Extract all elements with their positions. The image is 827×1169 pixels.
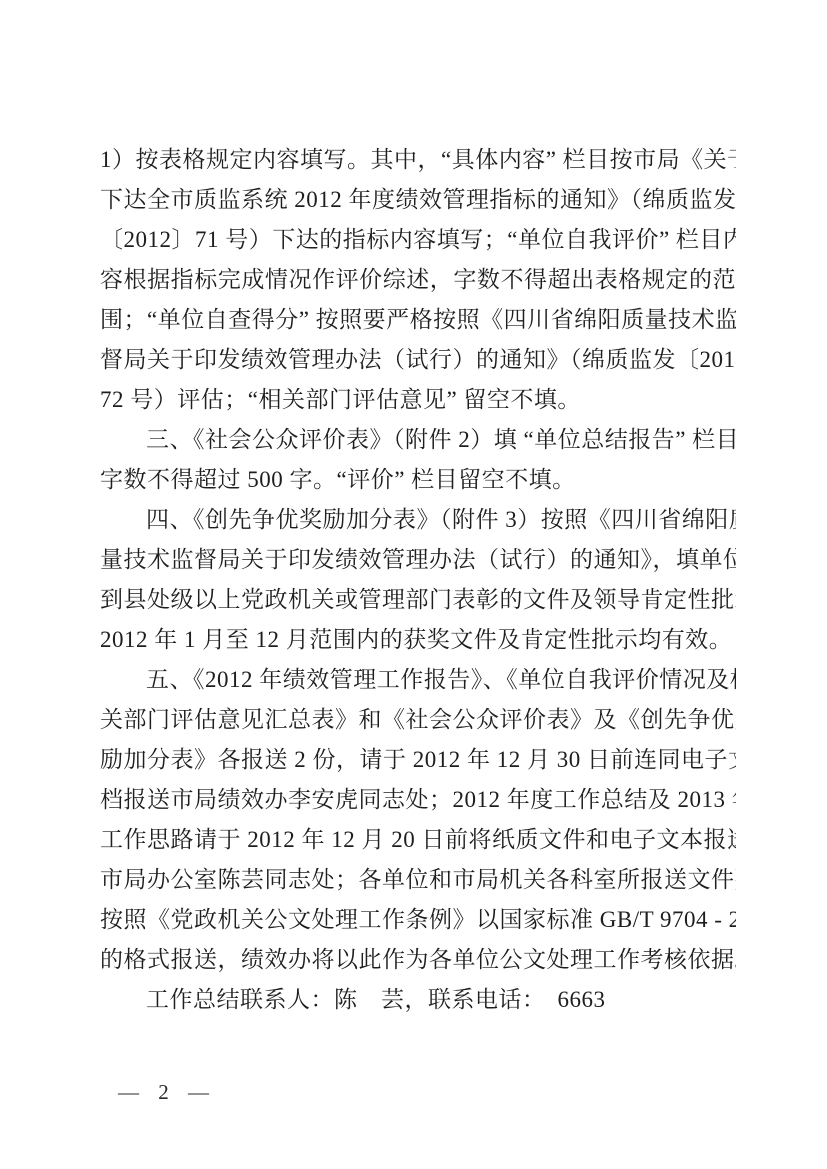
text-line: 容根据指标完成情况作评价综述，字数不得超出表格规定的范 — [100, 260, 736, 300]
page-number: — 2 — — [118, 1080, 211, 1105]
text-line: 2012 年 1 月至 12 月范围内的获奖文件及肯定性批示均有效。 — [100, 620, 736, 660]
text-line: 按照《党政机关公文处理工作条例》以国家标准 GB/T 9704 - 2012 — [100, 900, 736, 940]
text-line: 的格式报送，绩效办将以此作为各单位公文处理工作考核依据。 — [100, 940, 736, 980]
text-line: 〔2012〕71 号）下达的指标内容填写；“单位自我评价” 栏目内 — [100, 220, 736, 260]
text-line: 72 号）评估；“相关部门评估意见” 留空不填。 — [100, 380, 736, 420]
document-page: 1）按表格规定内容填写。其中，“具体内容” 栏目按市局《关于下达全市质监系统 2… — [0, 0, 827, 1169]
text-line: 字数不得超过 500 字。“评价” 栏目留空不填。 — [100, 460, 736, 500]
text-line: 关部门评估意见汇总表》和《社会公众评价表》及《创先争优奖 — [100, 700, 736, 740]
text-line: 市局办公室陈芸同志处；各单位和市局机关各科室所报送文件要 — [100, 860, 736, 900]
document-body: 1）按表格规定内容填写。其中，“具体内容” 栏目按市局《关于下达全市质监系统 2… — [100, 140, 736, 1020]
text-line: 量技术监督局关于印发绩效管理办法（试行）的通知》，填单位受 — [100, 540, 736, 580]
text-line: 1）按表格规定内容填写。其中，“具体内容” 栏目按市局《关于 — [100, 140, 736, 180]
text-line: 五、《2012 年绩效管理工作报告》、《单位自我评价情况及相 — [100, 660, 736, 700]
text-line: 围；“单位自查得分” 按照要严格按照《四川省绵阳质量技术监 — [100, 300, 736, 340]
text-line: 档报送市局绩效办李安虎同志处；2012 年度工作总结及 2013 年 — [100, 780, 736, 820]
text-line: 到县处级以上党政机关或管理部门表彰的文件及领导肯定性批示， — [100, 580, 736, 620]
text-line: 工作思路请于 2012 年 12 月 20 日前将纸质文件和电子文本报送 — [100, 820, 736, 860]
text-line: 工作总结联系人：陈 芸，联系电话： 6663 — [100, 980, 736, 1020]
text-line: 励加分表》各报送 2 份，请于 2012 年 12 月 30 日前连同电子文 — [100, 740, 736, 780]
text-line: 四、《创先争优奖励加分表》（附件 3）按照《四川省绵阳质 — [100, 500, 736, 540]
text-line: 三、《社会公众评价表》（附件 2）填 “单位总结报告” 栏目， — [100, 420, 736, 460]
text-line: 下达全市质监系统 2012 年度绩效管理指标的通知》（绵质监发 — [100, 180, 736, 220]
text-line: 督局关于印发绩效管理办法（试行）的通知》（绵质监发〔2012〕 — [100, 340, 736, 380]
